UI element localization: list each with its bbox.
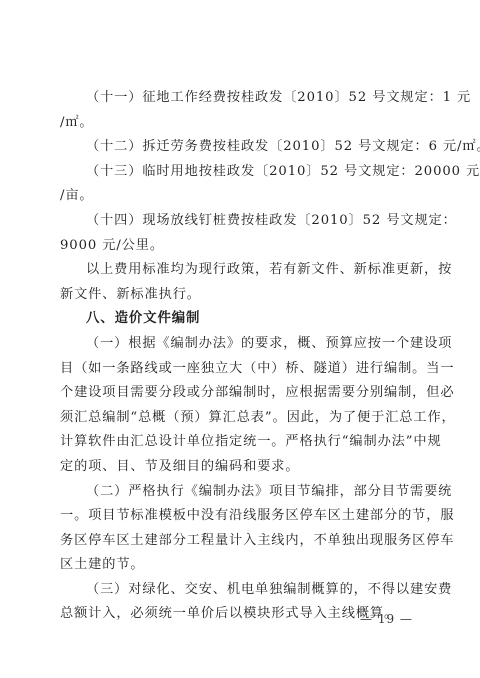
paragraph-line: （二）严格执行《编制办法》项目节编排，部分目节需要统: [60, 480, 420, 505]
paragraph-line: （十一）征地工作经费按桂政发〔2010〕52 号文规定：1 元: [60, 86, 420, 111]
paragraph-line: （三）对绿化、交安、机电单独编制概算的，不得以建安费: [60, 578, 420, 603]
paragraph-line: 新文件、新标准执行。: [60, 283, 420, 308]
paragraph-line: 个建设项目需要分段或分部编制时，应根据需要分别编制，但必: [60, 381, 420, 406]
paragraph-line: 目（如一条路线或一座独立大（中）桥、隧道）进行编制。当一: [60, 357, 420, 382]
paragraph-line: （十三）临时用地按桂政发〔2010〕52 号文规定：20000 元: [60, 160, 420, 185]
paragraph-line: （十二）拆迁劳务费按桂政发〔2010〕52 号文规定：6 元/㎡。: [60, 135, 420, 160]
paragraph-line: 须汇总编制“总概（预）算汇总表”。因此，为了便于汇总工作，: [60, 406, 420, 431]
paragraph-line: /㎡。: [60, 111, 420, 136]
paragraph-line: 务区停车区土建部分工程量计入主线内，不单独出现服务区停车: [60, 529, 420, 554]
paragraph-line: （一）根据《编制办法》的要求，概、预算应按一个建设项: [60, 332, 420, 357]
section-heading: 八、造价文件编制: [60, 307, 420, 332]
paragraph-line: 计算软件由汇总设计单位指定统一。严格执行“编制办法”中规: [60, 430, 420, 455]
paragraph-line: 以上费用标准均为现行政策，若有新文件、新标准更新，按: [60, 258, 420, 283]
paragraph-line: 定的项、目、节及细目的编码和要求。: [60, 455, 420, 480]
paragraph-line: /亩。: [60, 184, 420, 209]
paragraph-line: 一。项目节标准模板中没有沿线服务区停车区土建部分的节，服: [60, 504, 420, 529]
paragraph-line: （十四）现场放线钉桩费按桂政发〔2010〕52 号文规定：: [60, 209, 420, 234]
paragraph-line: 9000 元/公里。: [60, 234, 420, 259]
document-body: （十一）征地工作经费按桂政发〔2010〕52 号文规定：1 元 /㎡。 （十二）…: [60, 86, 420, 627]
page-number: — 19 —: [360, 612, 413, 626]
paragraph-line: 区土建的节。: [60, 553, 420, 578]
